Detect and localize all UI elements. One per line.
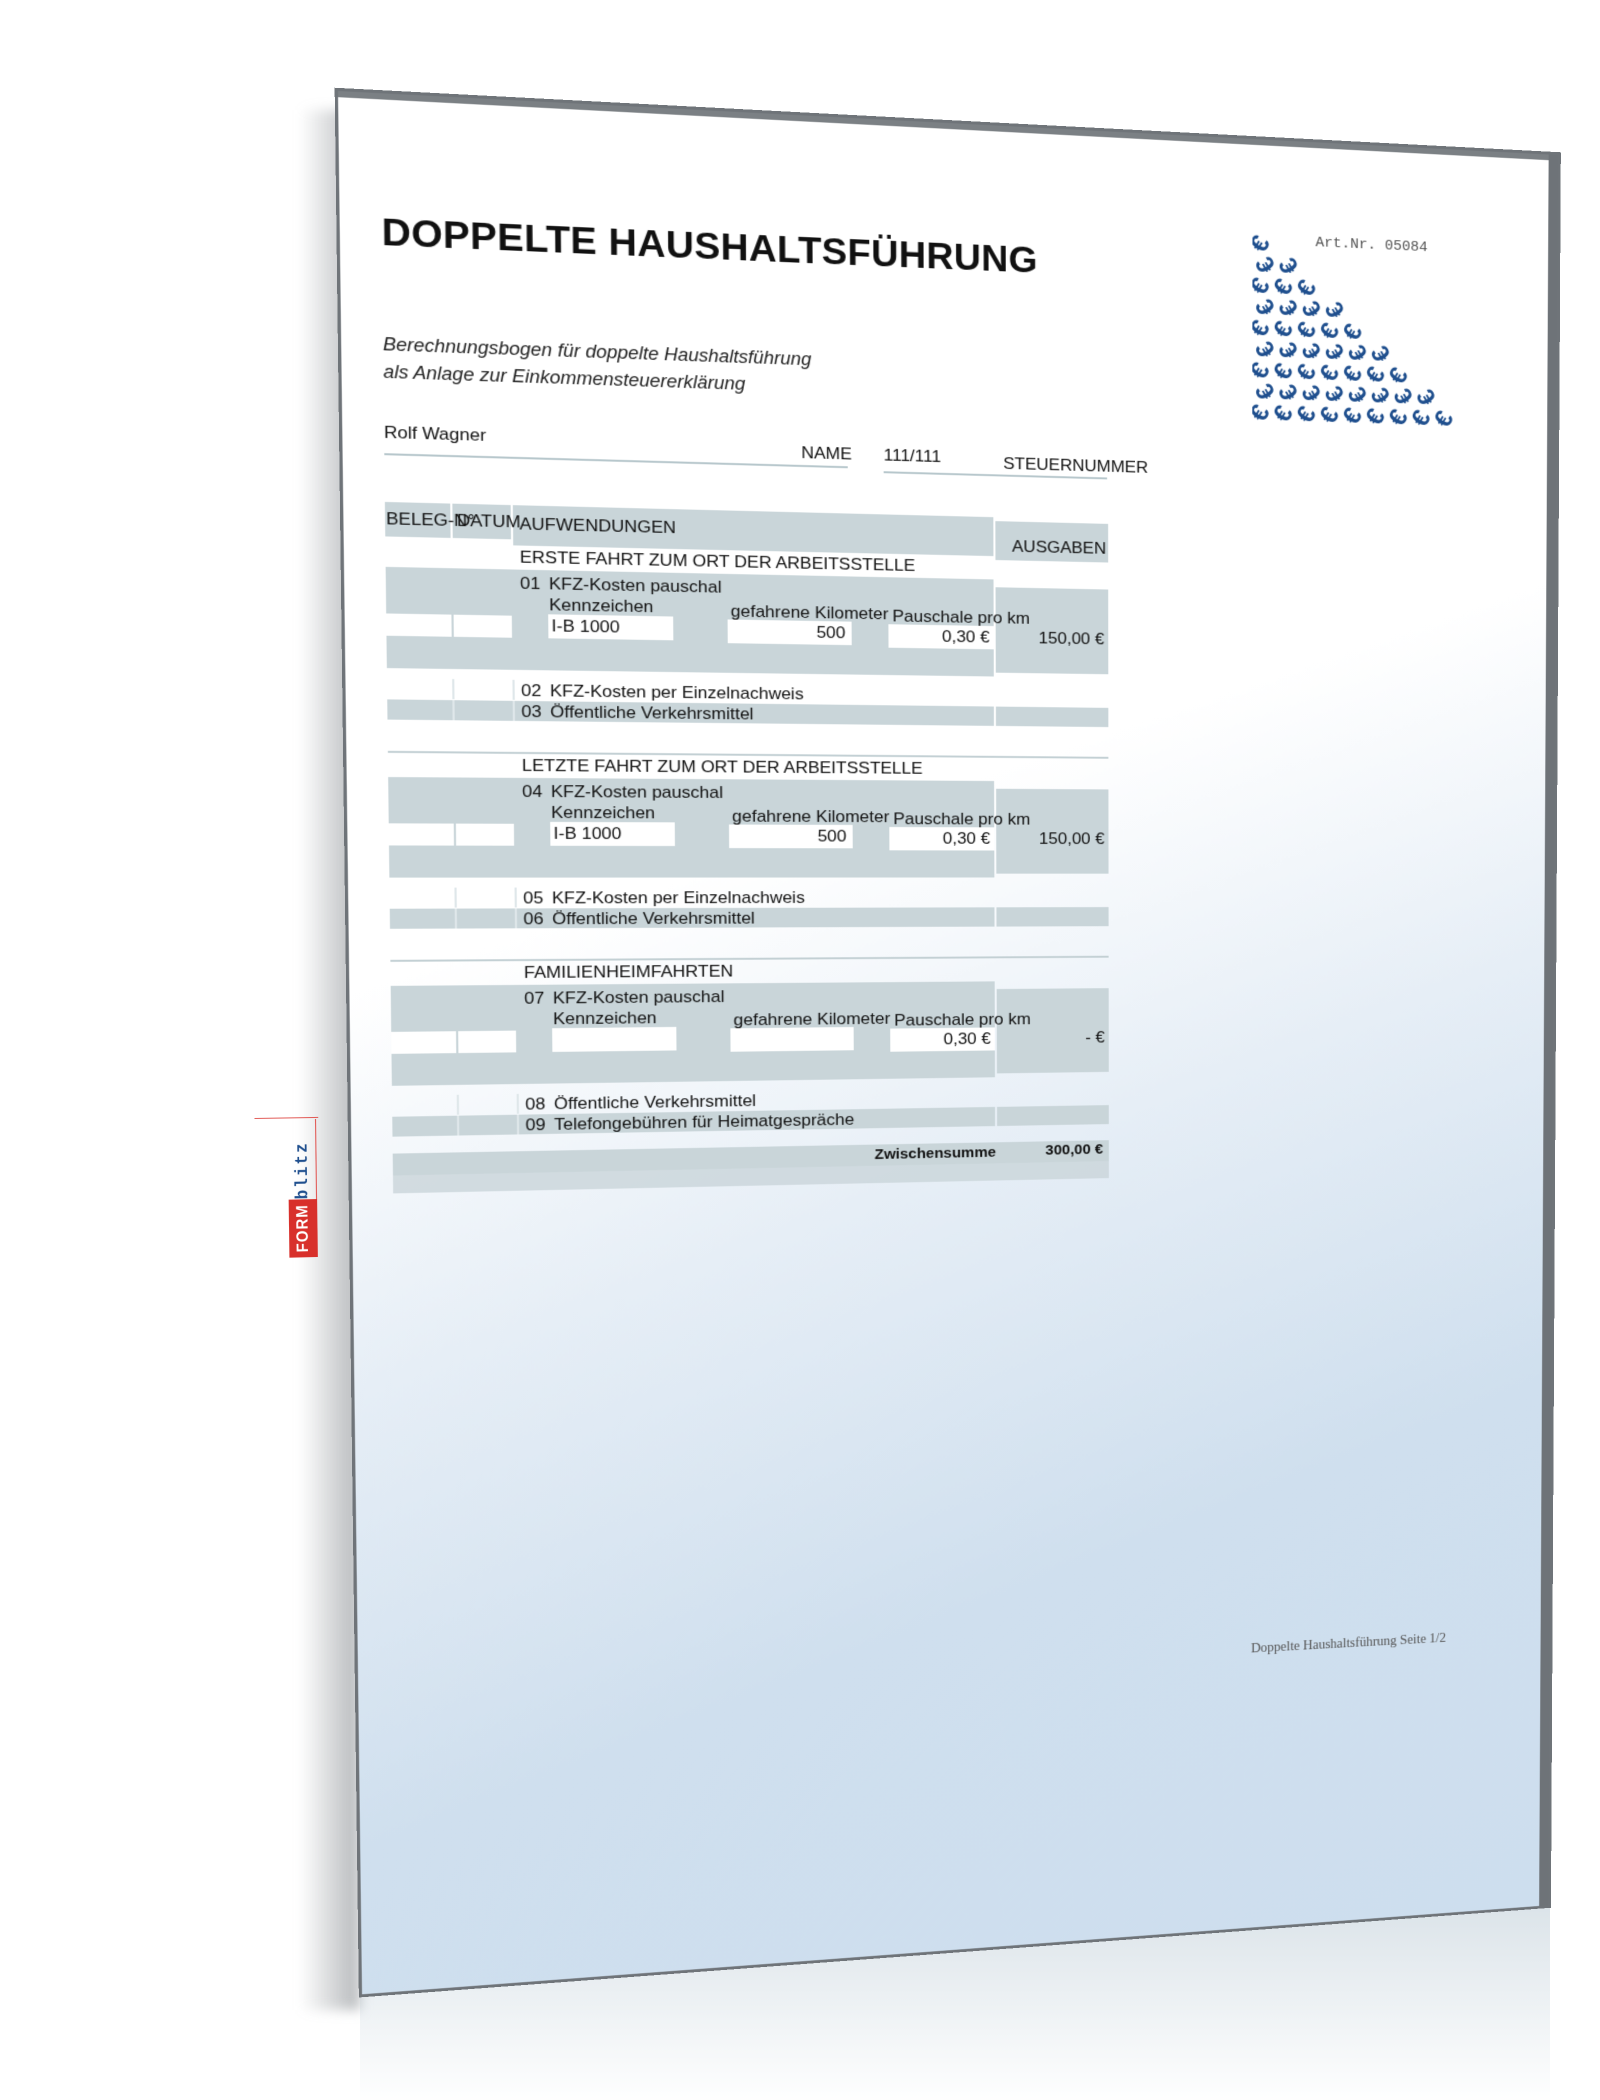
col-ausgaben-label: AUSGABEN [995,537,1106,559]
col-divider [457,1095,459,1115]
col-divider [452,700,454,720]
euro-pattern-icon: €€€€€€€€€€€€€€€€€€€€€€€€€€€€€€€€€€€€€€€€… [1252,226,1454,434]
formblitz-logo-icon: blitz FORM [288,1117,323,1258]
pauschale-input[interactable]: 0,30 € [889,827,994,850]
datum-input[interactable] [456,824,514,846]
col-divider [517,1115,519,1135]
item-label: KFZ-Kosten per Einzelnachweis [552,888,805,908]
name-underline [384,453,847,468]
name-label: NAME [801,443,852,464]
item-number: 03 [521,702,541,722]
document-title: DOPPELTE HAUSHALTSFÜHRUNG [381,211,1037,281]
kennzeichen-label: Kennzeichen [551,803,655,823]
col-divider [454,888,456,908]
item-number: 09 [525,1115,545,1135]
section-divider [390,956,1108,962]
kfz-ausgaben-value: - € [997,1028,1105,1048]
col-divider [457,1116,459,1136]
logo-form: FORM [289,1199,318,1258]
col-divider [452,679,454,699]
col-aufwendungen-label: AUFWENDUNGEN [519,514,676,538]
taxno-field[interactable]: 111/111 [884,446,942,467]
item-label: KFZ-Kosten pauschal [551,782,723,803]
subtotal-value: 300,00 € [997,1141,1103,1159]
col-divider [515,888,517,908]
item-number: 01 [520,574,540,594]
col-divider [513,701,515,721]
item-number: 02 [521,681,541,701]
col-divider [455,909,457,929]
subtotal-label: Zwischensumme [875,1144,997,1163]
beleg-input[interactable] [391,1031,456,1054]
document-subtitle-line2: als Anlage zur Einkommensteuererklärung [383,361,745,394]
kennzeichen-label: Kennzeichen [553,1008,657,1029]
page-footer: Doppelte Haushaltsführung Seite 1/2 [1251,1632,1446,1657]
kennzeichen-input[interactable]: I-B 1000 [548,614,673,640]
item-label: Öffentliche Verkehrsmittel [552,909,755,929]
expense-table: BELEG-N°DATUMAUFWENDUNGENAUSGABENERSTE F… [338,91,1558,155]
logo-blitz: blitz [288,1119,318,1200]
section-heading: FAMILIENHEIMFAHRTEN [524,962,733,983]
kilometer-input[interactable] [730,1027,853,1052]
item-number: 08 [525,1095,545,1115]
pauschale-input[interactable]: 0,30 € [888,624,993,649]
pauschale-input[interactable]: 0,30 € [890,1027,995,1051]
row-ausgaben-cell[interactable] [997,1105,1109,1126]
item-label: KFZ-Kosten pauschal [553,987,725,1008]
row-ausgaben-cell[interactable] [996,707,1108,728]
item-label: Öffentliche Verkehrsmittel [550,702,754,724]
section-heading: LETZTE FAHRT ZUM ORT DER ARBEITSSTELLE [522,756,923,779]
document-page: DOPPELTE HAUSHALTSFÜHRUNG Berechnungsbog… [338,91,1558,1994]
row-ausgaben-cell[interactable] [996,907,1108,926]
col-divider [517,1094,519,1114]
euro-glyph-icon: € [1252,231,1274,256]
item-number: 04 [522,782,542,802]
item-label: Telefongebühren für Heimatgespräche [554,1110,854,1135]
col-datum-label: DATUM [457,511,521,533]
item-number: 05 [523,889,543,909]
item-label: KFZ-Kosten pauschal [549,574,722,597]
kennzeichen-input[interactable]: I-B 1000 [550,822,675,846]
item-number: 06 [523,909,543,929]
kilometer-input[interactable]: 500 [729,825,853,849]
kfz-ausgaben-value: 150,00 € [996,829,1104,848]
col-divider [512,680,514,700]
beleg-input[interactable] [389,823,454,845]
taxno-label: STEUERNUMMER [1003,454,1148,478]
datum-input[interactable] [458,1031,516,1053]
kilometer-input[interactable]: 500 [728,619,852,645]
name-field[interactable]: Rolf Wagner [384,423,486,446]
euro-glyph-icon: € [1429,407,1454,432]
kfz-ausgaben-value: 150,00 € [996,628,1105,649]
beleg-input[interactable] [386,613,451,636]
col-divider [515,908,517,928]
kennzeichen-input[interactable] [552,1027,676,1052]
datum-input[interactable] [454,615,512,638]
item-number: 07 [524,989,544,1009]
